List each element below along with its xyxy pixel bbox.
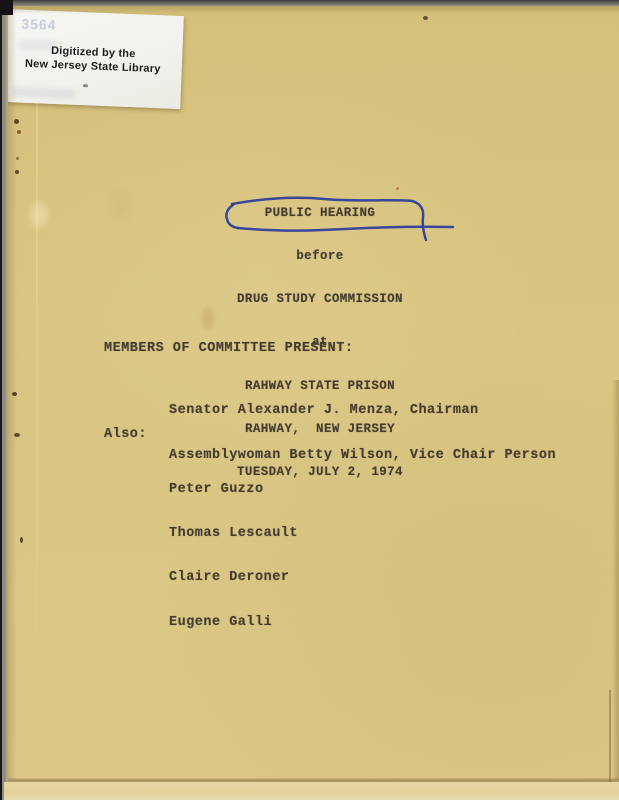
library-label: 3564 Digitized by the New Jersey State L… bbox=[2, 9, 184, 109]
ink-left-bracket bbox=[226, 205, 238, 228]
member-item: Senator Alexander J. Menza, Chairman bbox=[169, 403, 556, 418]
paper-speck bbox=[423, 16, 428, 20]
blue-ink-annotation bbox=[220, 188, 470, 248]
page-right-edge-line bbox=[609, 690, 611, 782]
title-commission: DRUG STUDY COMMISSION bbox=[170, 292, 470, 306]
label-bleedthrough bbox=[13, 87, 75, 98]
binding-hole-speck bbox=[20, 537, 23, 543]
scan-edge-right bbox=[612, 380, 619, 780]
paper-smudge bbox=[108, 190, 134, 224]
title-before: before bbox=[170, 249, 470, 263]
ink-bottom-line bbox=[238, 227, 453, 231]
ink-top-line bbox=[232, 198, 426, 240]
scanned-document-page: 3564 Digitized by the New Jersey State L… bbox=[0, 0, 619, 800]
also-names-list: Peter Guzzo Thomas Lescault Claire Deron… bbox=[169, 453, 298, 660]
label-stamp-number: 3564 bbox=[21, 16, 57, 33]
paper-crease bbox=[36, 95, 38, 695]
also-name: Claire Deroner bbox=[169, 571, 298, 586]
label-text: Digitized by the New Jersey State Librar… bbox=[4, 42, 183, 77]
also-name: Thomas Lescault bbox=[169, 527, 298, 542]
scan-edge-left bbox=[0, 0, 8, 800]
paper-smudge bbox=[28, 200, 50, 230]
binding-hole-speck bbox=[17, 130, 21, 134]
also-name: Eugene Galli bbox=[169, 616, 298, 631]
label-ink-mark bbox=[83, 84, 88, 87]
scan-edge-left-shadow bbox=[8, 6, 17, 782]
scan-edge-top-shadow bbox=[0, 6, 619, 14]
also-name: Peter Guzzo bbox=[169, 483, 298, 498]
members-heading: MEMBERS OF COMMITTEE PRESENT: bbox=[104, 341, 353, 356]
underlying-page-strip bbox=[4, 782, 619, 800]
also-heading: Also: bbox=[104, 427, 147, 442]
scan-corner-mark bbox=[0, 0, 13, 15]
